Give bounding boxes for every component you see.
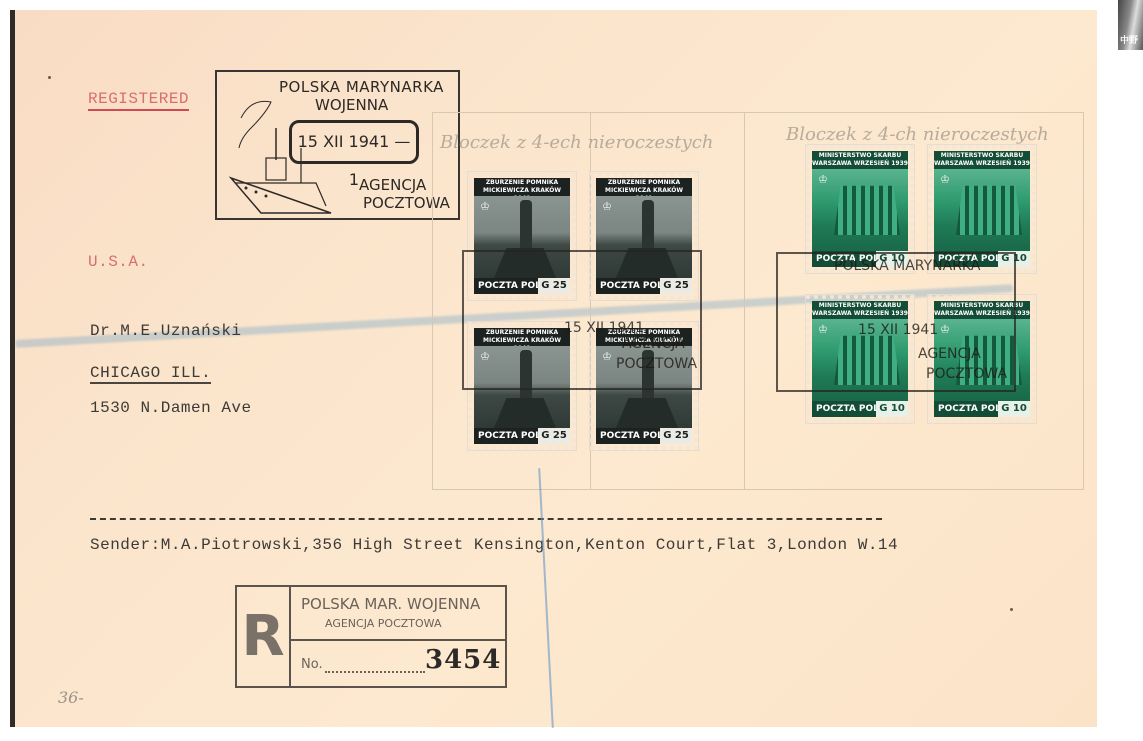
cachet-line-2: WOJENNA <box>315 96 388 114</box>
stamp-footer: POCZTA POLSKAG 10 <box>812 401 908 417</box>
polish-eagle-icon: ♔ <box>818 173 828 186</box>
registration-line-2: AGENCJA POCZTOWA <box>325 617 441 630</box>
statue-icon <box>520 200 532 250</box>
stamp-header: ZBURZENIE POMNIKA MICKIEWICZA KRAKÓW 194… <box>474 178 570 196</box>
ministry-building-illustration: ♔ <box>812 169 908 251</box>
stamp-footer: POCZTA POLSKAG 25 <box>474 428 570 444</box>
paper-speck <box>1010 608 1013 611</box>
typed-divider-rule <box>90 518 882 520</box>
stamp-header: MINISTERSTWO SKARBU WARSZAWA WRZESIEŃ 19… <box>812 151 908 169</box>
postmark-right: POLSKA MARYNARKA 15 XII 1941 AGENCJA POC… <box>776 252 1016 392</box>
registration-number: 3454 <box>425 645 501 675</box>
stamp-denomination: G 10 <box>876 401 908 417</box>
channel-watermark-logo: 中野 <box>1118 0 1143 50</box>
postmark-left-line-2: POCZTOWA <box>616 356 697 372</box>
monument-base <box>494 398 556 428</box>
polish-eagle-icon: ♔ <box>602 200 612 213</box>
watermark-text: 中野 <box>1120 33 1138 46</box>
postmark-left-date: 15 XII 1941 <box>564 320 644 336</box>
registration-letter: R <box>237 587 291 686</box>
stamp-denomination: G 10 <box>998 401 1030 417</box>
statue-icon <box>642 200 654 250</box>
stamp-footer: POCZTA POLSKAG 25 <box>596 428 692 444</box>
pencil-note-left: Bloczek z 4-ech nieroczestych <box>440 132 713 153</box>
stamp-denomination: G 25 <box>660 428 692 444</box>
paper-speck <box>48 76 51 79</box>
pencil-note-right: Bloczek z 4-ch nieroczestych <box>786 124 1049 145</box>
registration-dotted-line <box>325 657 425 673</box>
recipient-city: CHICAGO ILL. <box>90 364 211 384</box>
postmark-right-line-top: POLSKA MARYNARKA <box>834 258 980 274</box>
cachet-date: 15 XII 1941 — 1 <box>289 120 419 164</box>
sender-line: Sender:M.A.Piotrowski,356 High Street Ke… <box>90 536 898 554</box>
registered-label: REGISTERED <box>88 90 189 111</box>
stamp-footer: POCZTA POLSKAG 10 <box>934 401 1030 417</box>
registration-no-label: No. <box>301 657 323 672</box>
ministry-building-illustration: ♔ <box>934 169 1030 251</box>
stamp-denomination: G 25 <box>538 428 570 444</box>
recipient-name: Dr.M.E.Uznański <box>90 322 242 340</box>
registration-divider <box>289 639 505 641</box>
stamp-header: ZBURZENIE POMNIKA MICKIEWICZA KRAKÓW 194… <box>596 178 692 196</box>
colonnade-icon <box>834 179 900 235</box>
registration-label: R POLSKA MAR. WOJENNA AGENCJA POCZTOWA N… <box>235 585 507 688</box>
polish-eagle-icon: ♔ <box>480 200 490 213</box>
registration-line-1: POLSKA MAR. WOJENNA <box>301 595 480 613</box>
postmark-left-line-1: AGENCJA <box>622 336 685 352</box>
postmark-right-line-1: AGENCJA <box>918 346 981 362</box>
stamp-header: MINISTERSTWO SKARBU WARSZAWA WRZESIEŃ 19… <box>934 151 1030 169</box>
navy-cachet: POLSKA MARYNARKA WOJENNA 15 XII 1941 — 1… <box>215 70 460 220</box>
cachet-line-3: AGENCJA <box>359 176 426 194</box>
postmark-left: 15 XII 1941 AGENCJA POCZTOWA <box>462 250 702 390</box>
polish-eagle-icon: ♔ <box>940 173 950 186</box>
colonnade-icon <box>956 179 1022 235</box>
postmark-right-date: 15 XII 1941 <box>858 322 938 338</box>
postmark-right-line-2: POCZTOWA <box>926 366 1007 382</box>
country-label: U.S.A. <box>88 253 149 271</box>
pencil-note-corner: 36- <box>58 688 84 707</box>
cachet-line-1: POLSKA MARYNARKA <box>279 78 444 96</box>
recipient-street: 1530 N.Damen Ave <box>90 399 252 417</box>
monument-base <box>616 398 678 428</box>
